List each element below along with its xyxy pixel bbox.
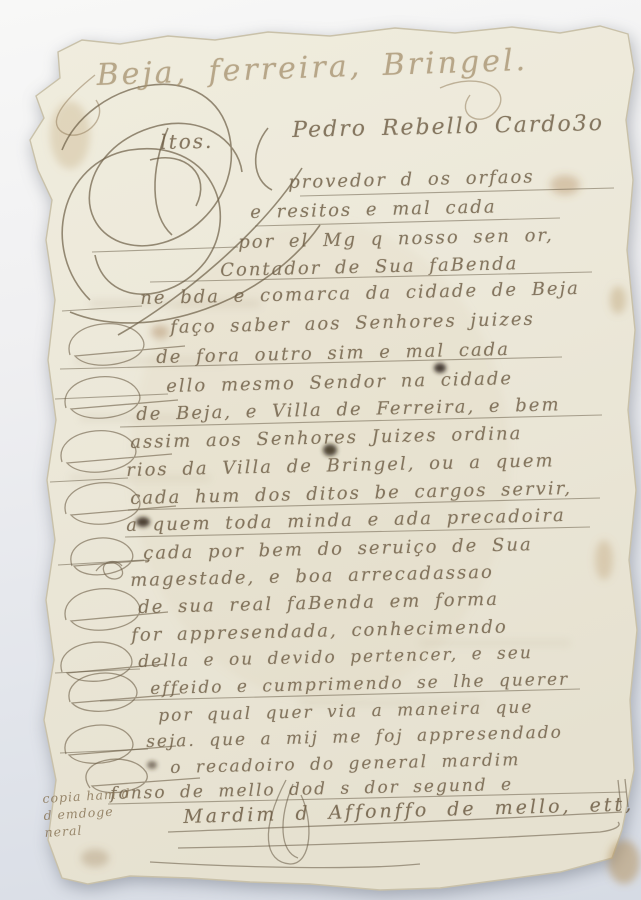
margin-note: copia ham d d emdoge neral: [42, 785, 133, 841]
manuscript-line: ltos.: [160, 129, 214, 154]
